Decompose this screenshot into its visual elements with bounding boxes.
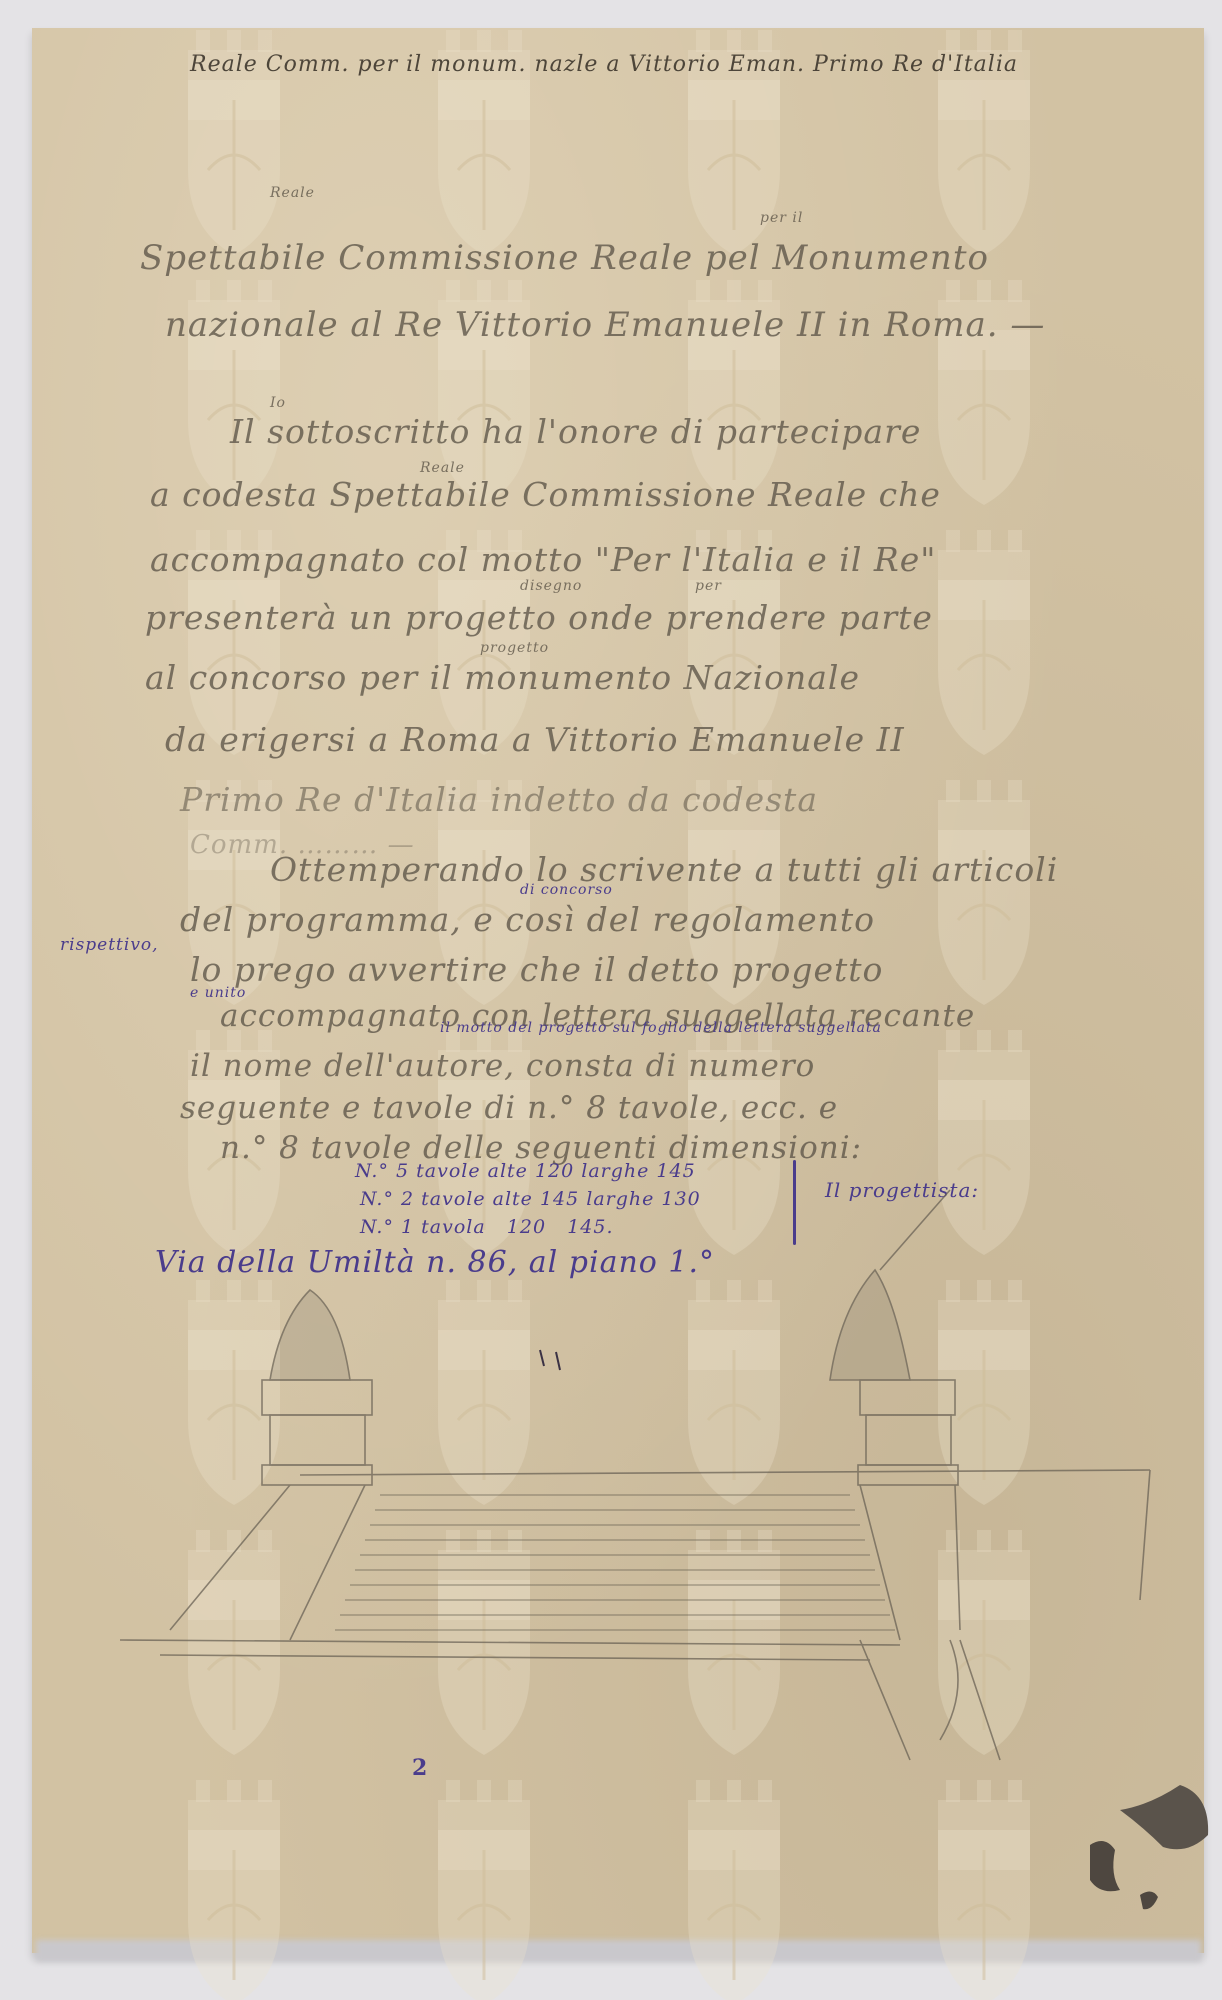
paper-stain	[1080, 1780, 1210, 1930]
page-number: 2	[412, 1755, 428, 1781]
staircase-sketch	[0, 0, 1222, 2000]
